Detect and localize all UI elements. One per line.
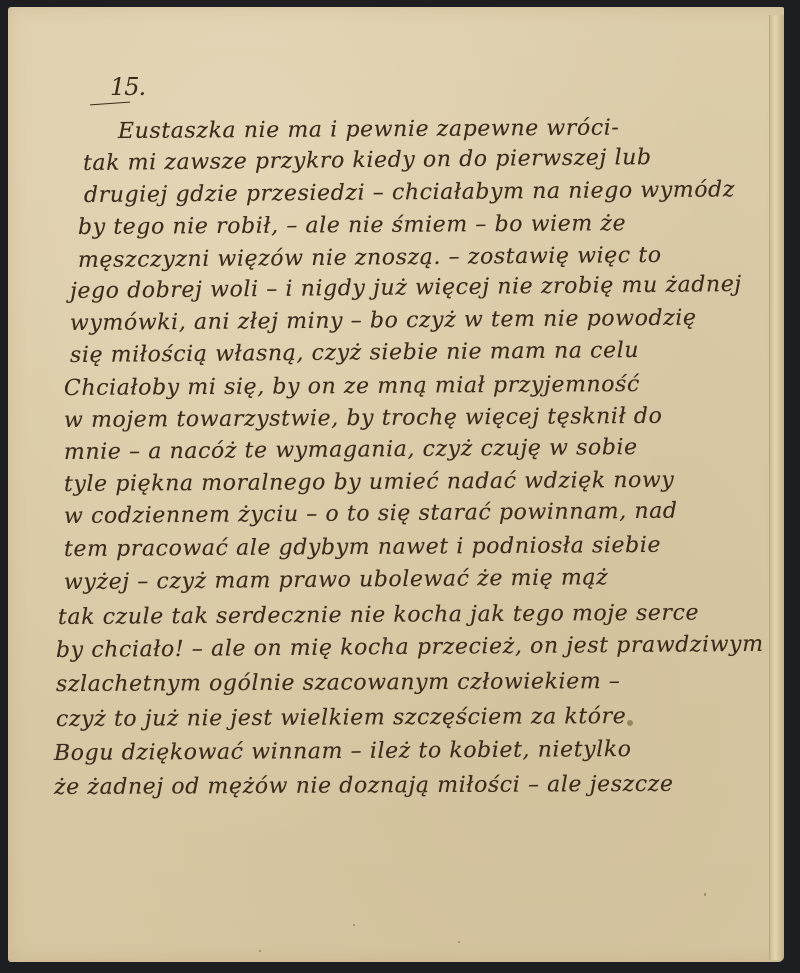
- text-line: że żadnej od mężów nie doznają miłości –…: [54, 772, 674, 800]
- text-line: tyle piękna moralnego by umieć nadać wdz…: [64, 468, 675, 497]
- text-line: tak czule tak serdecznie nie kocha jak t…: [58, 601, 699, 630]
- text-line: jego dobrej woli – i nigdy już więcej ni…: [70, 272, 742, 304]
- text-line: czyż to już nie jest wielkiem szczęściem…: [56, 704, 626, 732]
- text-line: męszczyzni więzów nie znoszą. – zostawię…: [78, 243, 662, 273]
- text-line: by chciało! – ale on mię kocha przecież,…: [56, 632, 764, 663]
- text-line: mnie – a nacóż te wymagania, czyż czuję …: [64, 435, 638, 465]
- text-line: drugiej gdzie przesiedzi – chciałabym na…: [84, 177, 735, 208]
- text-line: Eustaszka nie ma i pewnie zapewne wróci-: [118, 116, 620, 144]
- text-line: wyżej – czyż mam prawo ubolewać że mię m…: [64, 565, 609, 595]
- manuscript-scan: 15. Eustaszka nie ma i pewnie zapewne wr…: [0, 0, 800, 973]
- text-line: Bogu dziękować winnam – ileż to kobiet, …: [54, 737, 632, 766]
- text-line: tem pracować ale gdybym nawet i podniosł…: [64, 533, 661, 562]
- manuscript-page: 15. Eustaszka nie ma i pewnie zapewne wr…: [8, 7, 784, 962]
- text-line: wymówki, ani złej miny – bo czyż w tem n…: [70, 306, 697, 336]
- text-line: Chciałoby mi się, by on ze mną miał przy…: [64, 372, 640, 401]
- text-line: w codziennem życiu – o to się starać pow…: [64, 499, 678, 529]
- scan-border-right: [784, 0, 800, 973]
- text-line: by tego nie robił, – ale nie śmiem – bo …: [78, 211, 626, 240]
- text-line: szlachetnym ogólnie szacowanym człowieki…: [56, 669, 621, 697]
- text-line: się miłością własną, czyż siebie nie mam…: [70, 338, 639, 368]
- text-line: w mojem towarzystwie, by trochę więcej t…: [64, 404, 663, 433]
- text-line: tak mi zawsze przykro kiedy on do pierws…: [83, 145, 652, 176]
- handwritten-text: Eustaszka nie ma i pewnie zapewne wróci-…: [8, 7, 784, 962]
